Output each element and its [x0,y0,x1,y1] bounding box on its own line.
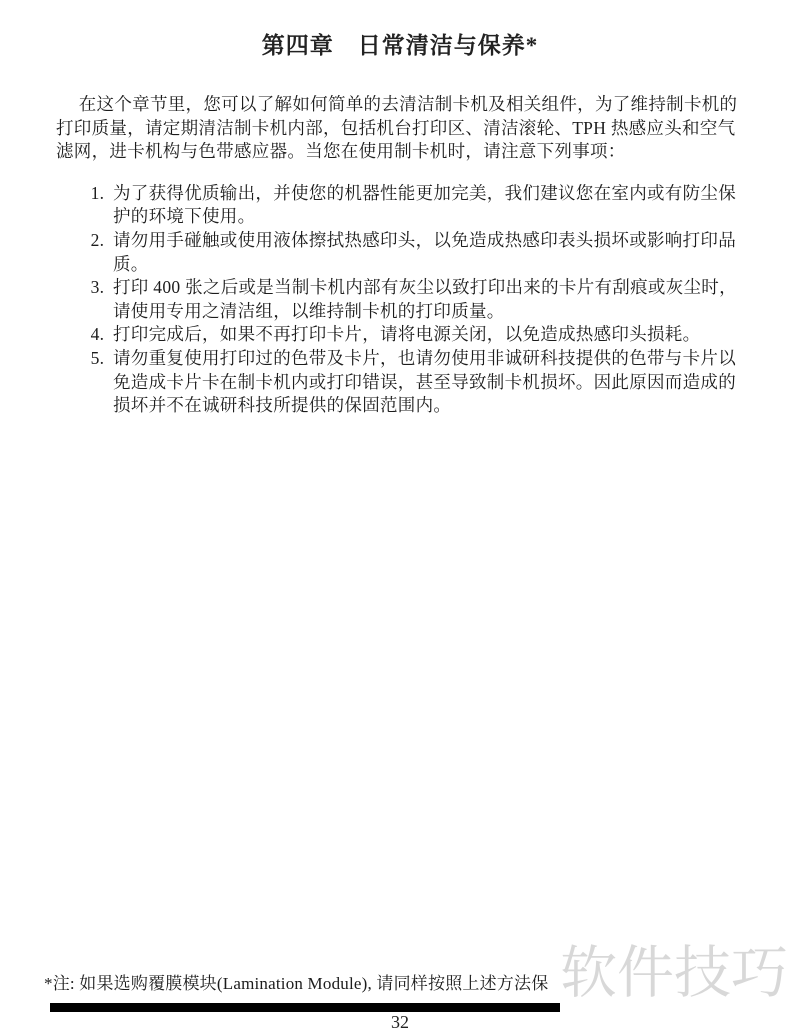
list-item: 请勿重复使用打印过的色带及卡片，也请勿使用非诚研科技提供的色带与卡片以免造成卡片… [109,347,745,418]
page-title: 第四章 日常清洁与保养* [0,0,800,60]
list-item: 打印 400 张之后或是当制卡机内部有灰尘以致打印出来的卡片有刮痕或灰尘时，请使… [109,276,745,323]
list-item: 打印完成后，如果不再打印卡片，请将电源关闭，以免造成热感印头损耗。 [109,323,745,347]
manual-page: 第四章 日常清洁与保养* 在这个章节里，您可以了解如何简单的去清洁制卡机及相关组… [0,0,800,1035]
page-number: 32 [0,1012,800,1033]
list-item: 请勿用手碰触或使用液体擦拭热感印头，以免造成热感印表头损坏或影响打印品质。 [109,229,745,276]
footnote-text: *注: 如果选购覆膜模块(Lamination Module), 请同样按照上述… [44,974,548,993]
separator-bar [50,1003,561,1012]
precautions-list: 为了获得优质输出，并使您的机器性能更加完美，我们建议您在室内或有防尘保护的环境下… [62,182,745,418]
watermark: 软件技巧 [560,936,800,1014]
list-item: 为了获得优质输出，并使您的机器性能更加完美，我们建议您在室内或有防尘保护的环境下… [109,182,745,229]
intro-paragraph: 在这个章节里，您可以了解如何简单的去清洁制卡机及相关组件，为了维持制卡机的打印质… [56,93,746,164]
footnote: *注: 如果选购覆膜模块(Lamination Module), 请同样按照上述… [44,969,561,997]
